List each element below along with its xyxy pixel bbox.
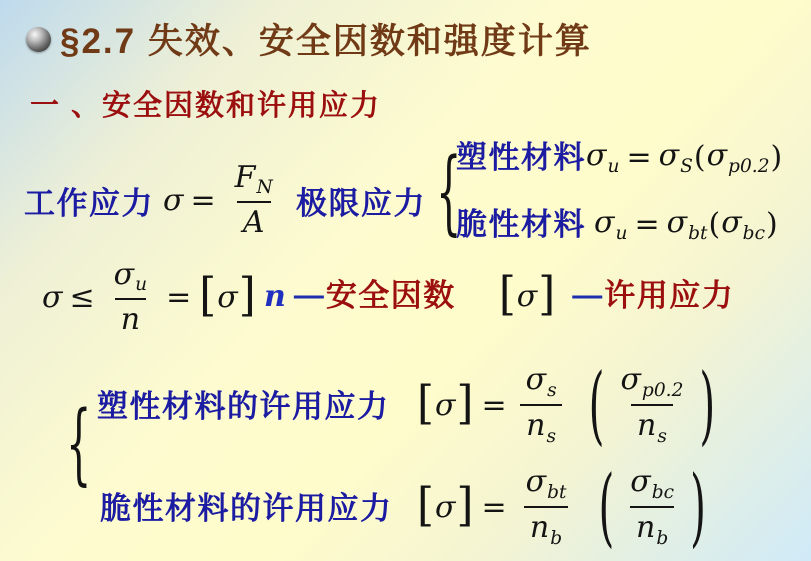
safety-factor-symbol: n	[264, 280, 286, 313]
working-stress-formula: σ = FN A	[163, 161, 285, 239]
fraction-denominator: ns	[520, 404, 562, 447]
sigma-symbol: σ	[217, 281, 237, 314]
section-heading: 一 、安全因数和许用应力	[30, 83, 381, 124]
close-paren: )	[699, 362, 715, 447]
fraction: FN A	[229, 161, 279, 240]
sigma: σ	[526, 362, 546, 397]
subscript: u	[615, 223, 627, 244]
sigma-symbol: σ	[435, 491, 455, 524]
sigma-symbol: σ	[42, 281, 62, 314]
sigma-symbol: σS	[659, 139, 693, 177]
subscript: u	[135, 274, 147, 295]
equals-sign: =	[481, 389, 506, 422]
plastic-ultimate-row: 塑性材料 σu = σS ( σp0.2 )	[456, 136, 783, 180]
subscript: bc	[652, 482, 674, 503]
dash: —	[572, 281, 602, 311]
fraction: σu n	[108, 258, 153, 337]
open-paren: (	[708, 208, 720, 241]
n-symbol: n	[530, 510, 549, 545]
sigma: σ	[526, 464, 546, 499]
fraction-denominator: ns	[631, 404, 673, 447]
sigma-symbol: σ	[517, 280, 537, 313]
fraction-numerator: σp0.2	[614, 363, 689, 404]
legend-row: n — 安全因数 [ σ ] — 许用应力	[264, 267, 734, 325]
fraction: σp0.2 ns	[614, 363, 689, 447]
sigma: σ	[620, 362, 640, 397]
sigma: σ	[721, 205, 741, 240]
fraction: σs ns	[520, 363, 563, 447]
equals-sign: =	[166, 281, 191, 314]
subscript: p0.2	[728, 156, 769, 177]
force-subscript: N	[256, 177, 272, 198]
subscript: bt	[547, 482, 566, 503]
ultimate-stress-label: 极限应力	[296, 185, 426, 222]
fraction-denominator: nb	[630, 506, 674, 549]
fraction-numerator: σbc	[624, 465, 680, 506]
sigma-symbol: σbt	[667, 206, 708, 244]
strength-condition-formula: σ ≤ σu n = [ σ ]	[42, 261, 257, 333]
open-paren: (	[598, 464, 614, 549]
subscript: bc	[743, 223, 765, 244]
working-stress-label: 工作应力	[24, 185, 154, 222]
subscript: s	[547, 380, 557, 401]
subscript: S	[680, 156, 693, 177]
subscript: s	[657, 426, 667, 447]
fraction: σbt nb	[520, 465, 573, 549]
open-bracket: [	[199, 274, 216, 320]
bullet-sphere-icon	[26, 27, 51, 52]
subscript: b	[550, 528, 562, 549]
sigma: σ	[667, 205, 687, 240]
sigma: σ	[586, 138, 606, 173]
close-bracket: ]	[456, 382, 473, 428]
open-bracket: [	[499, 273, 516, 319]
brittle-allowable-formula: [ σ ] = σbt nb ( σbc nb )	[416, 455, 710, 559]
brittle-ultimate-row: 脆性材料 σu = σbt ( σbc )	[456, 203, 779, 247]
equals-sign: =	[190, 184, 215, 217]
allowable-stress-label: 许用应力	[604, 277, 734, 314]
force-symbol: F	[235, 160, 256, 195]
n-symbol: n	[636, 510, 655, 545]
n-symbol: n	[637, 408, 656, 443]
safety-factor-label: 安全因数	[326, 277, 456, 314]
fraction-numerator: FN	[229, 161, 279, 202]
equals-sign: =	[626, 141, 651, 174]
subscript: s	[547, 426, 557, 447]
sigma: σ	[659, 138, 679, 173]
allowable-stress-symbol: [ σ ]	[498, 274, 556, 318]
open-paren: (	[694, 141, 706, 174]
slide: §2.7 失效、安全因数和强度计算 一 、安全因数和许用应力 工作应力 σ = …	[0, 0, 811, 561]
dash: —	[294, 281, 324, 311]
subscript: b	[656, 528, 668, 549]
sigma-symbol: σp0.2	[707, 139, 770, 177]
n-symbol: n	[526, 408, 545, 443]
brittle-material-label: 脆性材料	[456, 206, 586, 243]
equals-sign: =	[634, 208, 659, 241]
sigma: σ	[114, 257, 134, 292]
fraction: σbc nb	[624, 465, 680, 549]
sigma: σ	[630, 464, 650, 499]
sigma-symbol: σu	[594, 206, 627, 244]
close-paren: )	[766, 208, 778, 241]
brittle-allowable-label: 脆性材料的许用应力	[100, 490, 393, 527]
plastic-ultimate-formula: σu = σS ( σp0.2 )	[586, 139, 783, 177]
sigma-symbol: σu	[586, 139, 619, 177]
title-row: §2.7 失效、安全因数和强度计算	[26, 14, 592, 64]
equals-sign: =	[481, 491, 506, 524]
close-paren: )	[771, 141, 783, 174]
fraction-numerator: σbt	[520, 465, 573, 506]
fraction-denominator: A	[237, 201, 271, 239]
fraction-denominator: n	[115, 298, 146, 336]
close-bracket: ]	[538, 273, 555, 319]
plastic-material-label: 塑性材料	[456, 139, 586, 176]
subscript: u	[607, 156, 619, 177]
close-bracket: ]	[456, 484, 473, 530]
subscript: bt	[688, 223, 707, 244]
plastic-allowable-formula: [ σ ] = σs ns ( σp0.2 ns )	[416, 352, 719, 458]
leq-sign: ≤	[69, 281, 94, 314]
close-bracket: ]	[239, 274, 256, 320]
brittle-ultimate-formula: σu = σbt ( σbc )	[594, 206, 779, 244]
open-bracket: [	[417, 484, 434, 530]
open-bracket: [	[417, 382, 434, 428]
fraction-numerator: σs	[520, 363, 563, 404]
fraction-numerator: σu	[108, 258, 153, 299]
sigma-symbol: σbc	[721, 206, 765, 244]
fraction-denominator: nb	[524, 506, 568, 549]
close-paren: )	[690, 464, 706, 549]
subscript: p0.2	[642, 380, 683, 401]
left-brace: {	[66, 401, 91, 489]
sigma-symbol: σ	[435, 389, 455, 422]
open-paren: (	[589, 362, 605, 447]
sigma-symbol: σ	[163, 184, 183, 217]
plastic-allowable-label: 塑性材料的许用应力	[97, 388, 390, 425]
page-title: §2.7 失效、安全因数和强度计算	[60, 14, 592, 64]
sigma: σ	[707, 138, 727, 173]
sigma: σ	[594, 205, 614, 240]
